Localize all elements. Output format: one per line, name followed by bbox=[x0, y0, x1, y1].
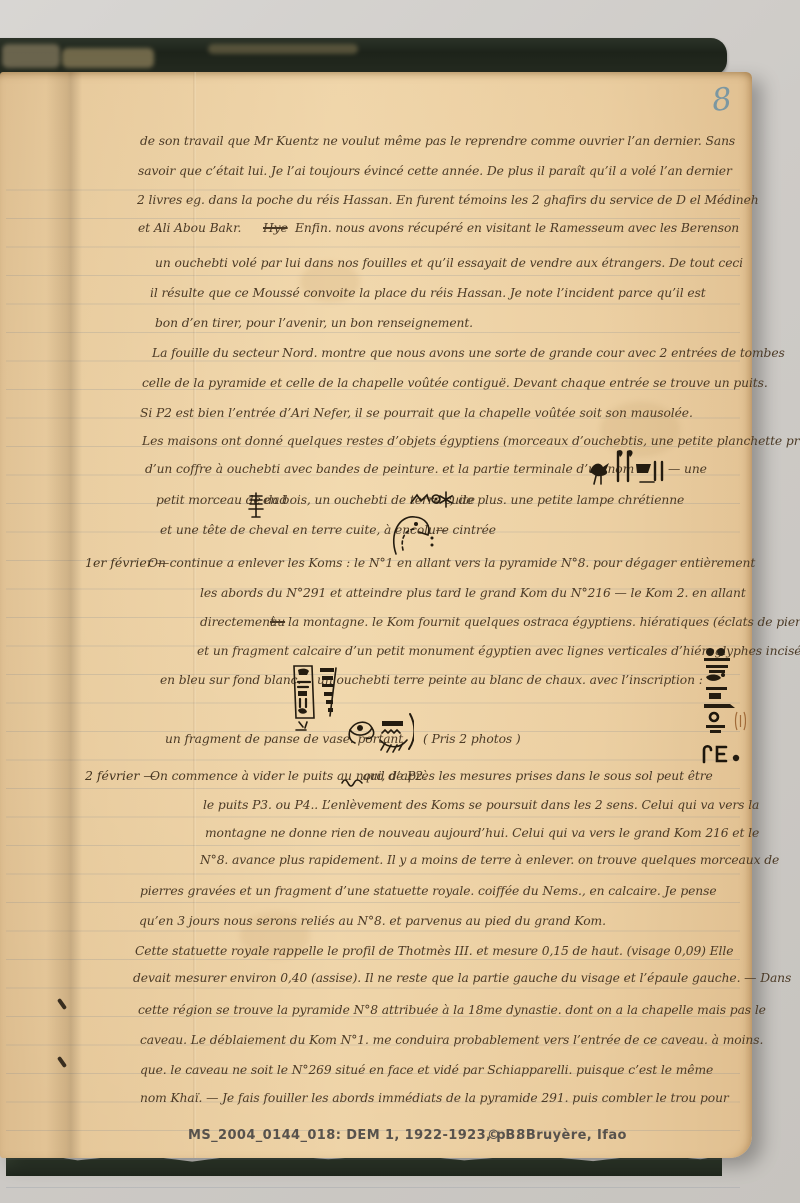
struck-word: àu bbox=[270, 614, 285, 631]
page-number: 8 bbox=[710, 81, 733, 119]
hieroglyph-block-sketch bbox=[286, 662, 342, 732]
line-text: directement bbox=[200, 614, 275, 631]
line-text: 2 livres eg. dans la poche du réis Hassa… bbox=[137, 192, 759, 209]
line-text: nom Khaï. — Je fais fouiller les abords … bbox=[140, 1090, 729, 1107]
footer-copyright: © B. Bruyère, Ifao bbox=[487, 1128, 627, 1143]
line-text: La fouille du secteur Nord. montre que n… bbox=[152, 345, 785, 362]
cover-worn-patch bbox=[2, 44, 60, 68]
line-text: qu’en 3 jours nous serons reliés au N°8.… bbox=[139, 913, 606, 930]
line-text: devait mesurer environ 0,40 (assise). Il… bbox=[133, 970, 791, 987]
margin-note-date: 2 février — bbox=[85, 768, 156, 783]
margin-hieroglyph-column bbox=[696, 646, 746, 772]
line-text: un ouchebti volé par lui dans nos fouill… bbox=[155, 255, 743, 272]
cover-worn-patch bbox=[208, 44, 358, 54]
line-text: bon d’en tirer, pour l’avenir, un bon re… bbox=[155, 315, 473, 332]
line-text: N°8. avance plus rapidement. Il y a moin… bbox=[200, 852, 779, 869]
line-text: celle de la pyramide et celle de la chap… bbox=[142, 375, 768, 392]
line-text: ) de plus. une petite lampe chrétienne bbox=[450, 492, 684, 509]
gutter-crease bbox=[46, 72, 84, 1158]
line-text: Les maisons ont donné quelques restes d’… bbox=[142, 433, 800, 450]
struck-word: Hye bbox=[263, 220, 288, 237]
footer-reference: MS_2004_0144_018: DEM 1, 1922-1923, p. 8 bbox=[188, 1128, 526, 1143]
line-text: caveau. Le déblaiement du Kom N°1. me co… bbox=[140, 1032, 763, 1049]
line-text: un ouchebti terre peinte au blanc de cha… bbox=[317, 672, 703, 689]
line-text: savoir que c’était lui. Je l’ai toujours… bbox=[138, 163, 732, 180]
horse-head-sketch bbox=[386, 508, 436, 556]
vase-fragment-sketch bbox=[342, 708, 414, 762]
line-text: pierres gravées et un fragment d’une sta… bbox=[140, 883, 717, 900]
hieroglyph-name-sketch bbox=[584, 444, 666, 486]
line-text: On continue a enlever les Koms : le N°1 … bbox=[148, 555, 755, 572]
line-text: la montagne. le Kom fournit quelques ost… bbox=[288, 614, 800, 631]
line-text: ( Pris 2 photos ) bbox=[423, 731, 521, 748]
line-text: et Ali Abou Bakr. bbox=[138, 220, 241, 237]
line-text: les abords du N°291 et atteindre plus ta… bbox=[200, 585, 746, 602]
line-text: en bleu sur fond blanc. bbox=[160, 672, 301, 689]
line-text: qui, d’après les mesures prises dans le … bbox=[362, 768, 713, 785]
line-text: de son travail que Mr Kuentz ne voulut m… bbox=[140, 133, 735, 150]
line-text: Enfin. nous avons récupéré en visitant l… bbox=[295, 220, 739, 237]
line-text: le puits P3. ou P4.. L’enlèvement des Ko… bbox=[203, 797, 759, 814]
djed-sign-sketch bbox=[248, 489, 264, 519]
line-text: il résulte que ce Moussé convoite la pla… bbox=[150, 285, 706, 302]
line-text: d’un coffre à ouchebti avec bandes de pe… bbox=[145, 461, 634, 478]
line-text: que. le caveau ne soit le N°269 situé en… bbox=[140, 1062, 713, 1079]
line-text: Cette statuette royale rappelle le profi… bbox=[135, 943, 733, 960]
cover-worn-patch bbox=[62, 48, 154, 68]
line-text: cette région se trouve la pyramide N°8 a… bbox=[138, 1002, 766, 1019]
line-text: — une bbox=[668, 461, 707, 478]
squiggle-mark bbox=[340, 775, 364, 787]
line-text: Si P2 est bien l’entrée d’Ari Nefer, il … bbox=[140, 405, 693, 422]
line-text: montagne ne donne rien de nouveau aujour… bbox=[205, 825, 759, 842]
manuscript-scan: 8 1er février — 2 février — de son trava… bbox=[0, 0, 800, 1203]
